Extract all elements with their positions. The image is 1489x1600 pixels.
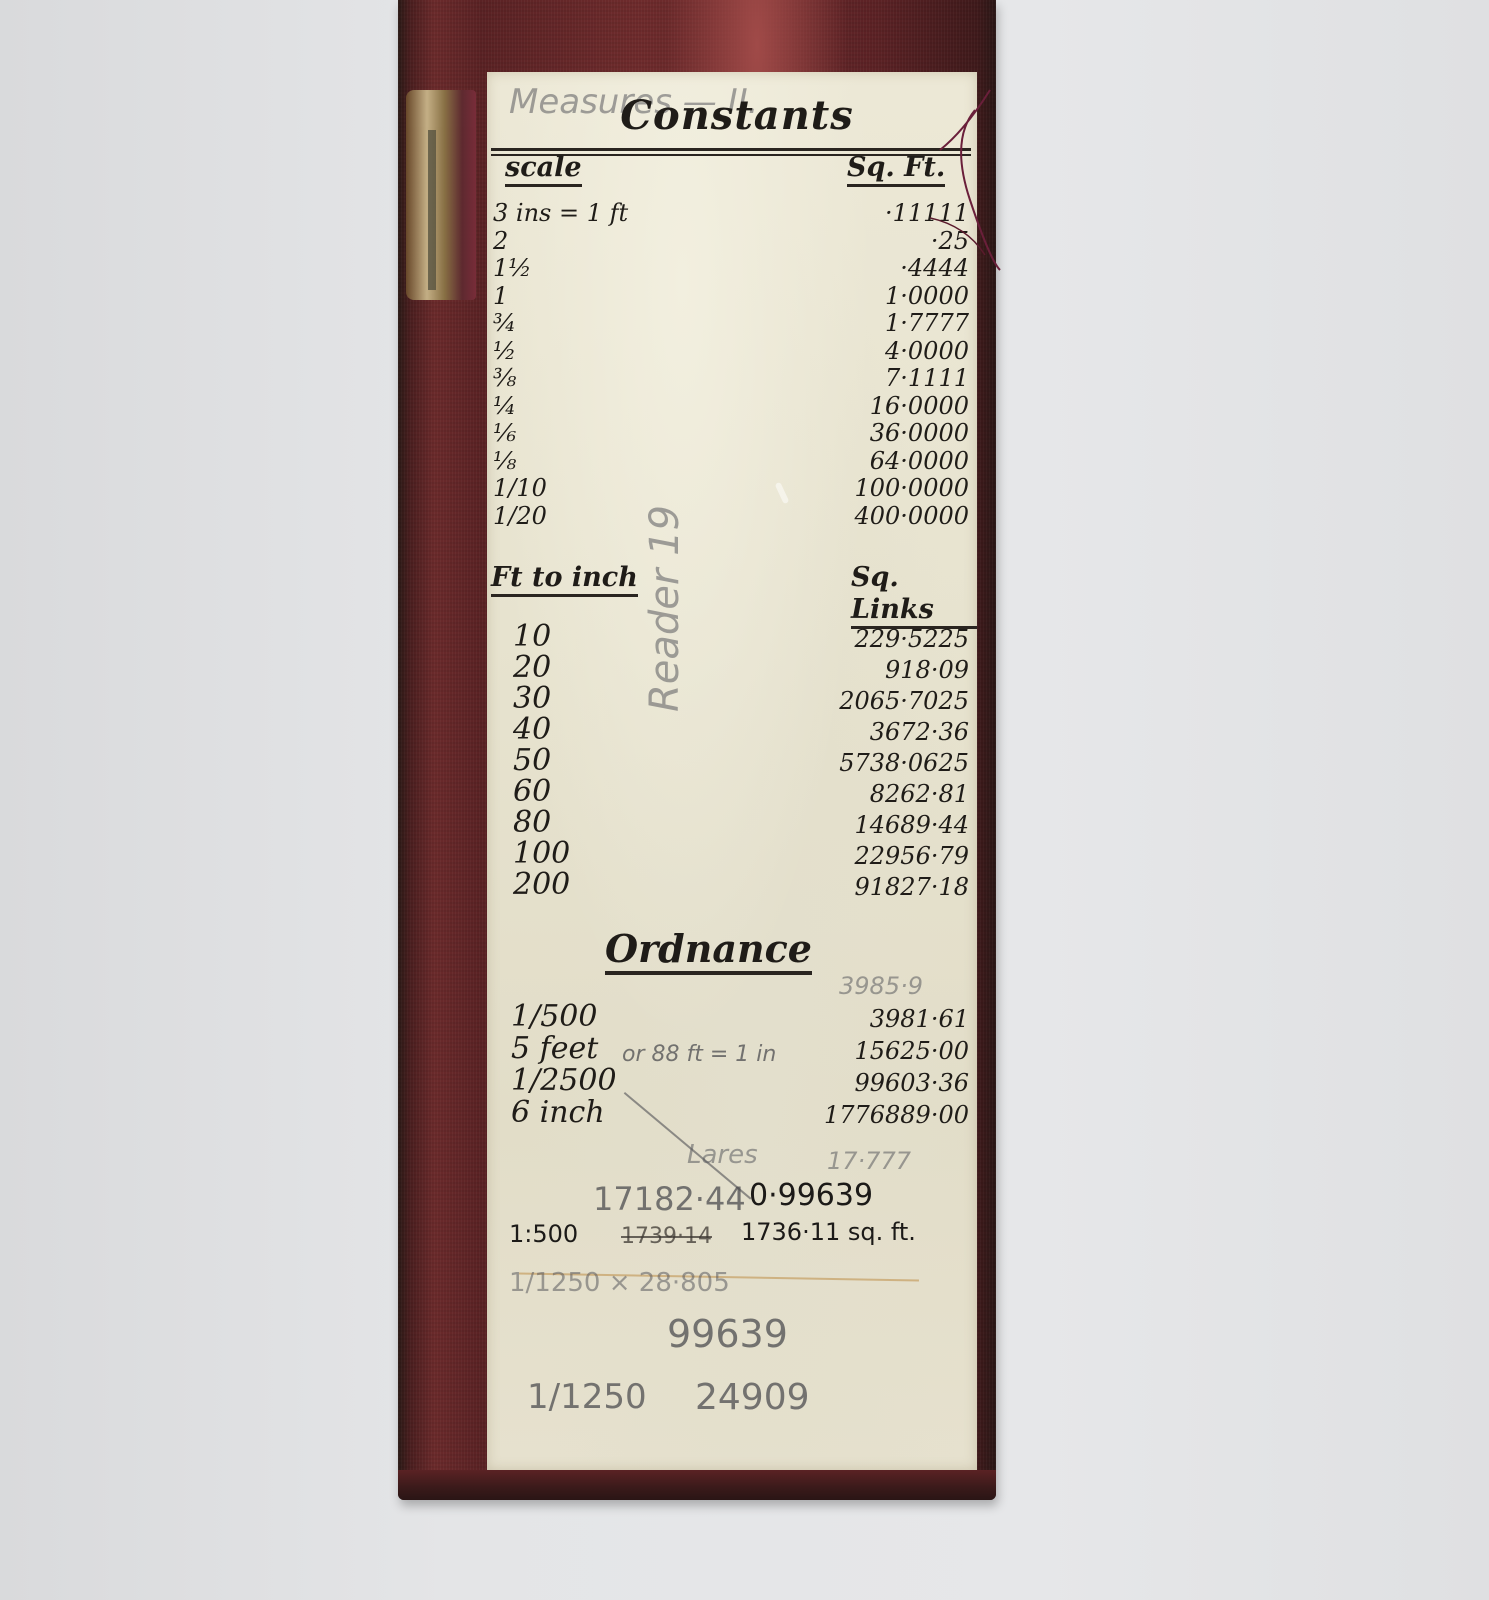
- scale-row-label: ⅛: [493, 448, 516, 474]
- ratio-value: 1736·11 sq. ft.: [741, 1218, 916, 1246]
- pencil-correction: 3985·9: [839, 972, 923, 1000]
- scale-row-value: 1·7777: [885, 310, 969, 336]
- scale-row-label: 1½: [493, 255, 532, 281]
- scale-row-label: 2: [493, 228, 508, 254]
- scale-row-label: ⅙: [493, 420, 516, 446]
- scale-row-label: ¼: [493, 393, 516, 419]
- ft-row-label: 30: [513, 686, 551, 712]
- scale-row-label: ¾: [493, 310, 516, 336]
- ft-row-label: 60: [513, 779, 551, 805]
- scale-row-value: 100·0000: [854, 475, 969, 501]
- ft-row-value: 22956·79: [854, 843, 969, 869]
- pencil-note-1: 1/1250 × 28·805: [509, 1268, 730, 1298]
- scale-row-value: 1·0000: [885, 283, 969, 309]
- ft-row-label: 20: [513, 655, 551, 681]
- ft-row-value: 918·09: [885, 657, 969, 683]
- ft-row-value: 3672·36: [870, 719, 969, 745]
- scale-row-label: ½: [493, 338, 516, 364]
- ordnance-row-value: 1776889·00: [824, 1102, 969, 1128]
- ordnance-row-label: 5 feet: [511, 1036, 598, 1062]
- ordnance-row-value: 99603·36: [854, 1070, 969, 1096]
- torn-spine-binding: [406, 90, 476, 300]
- label-title: Constants: [607, 92, 867, 139]
- scale-row-value: 64·0000: [870, 448, 969, 474]
- pencil-vertical-note: Reader 19: [642, 505, 688, 712]
- ordnance-row-value: 3981·61: [870, 1006, 969, 1032]
- book-bottom-edge: [398, 1470, 996, 1500]
- pencil-below-value: 17·777: [827, 1147, 911, 1175]
- ratio-prefix: 1:500: [509, 1220, 578, 1248]
- paper-label: Measures — II. Constants scale Sq. Ft. 3…: [487, 72, 977, 1470]
- ft-row-value: 2065·7025: [839, 688, 969, 714]
- ft-row-label: 200: [513, 872, 570, 898]
- scale-row-value: 400·0000: [854, 503, 969, 529]
- ft-to-inch-header: Ft to inch: [491, 562, 638, 597]
- ft-row-value: 5738·0625: [839, 750, 969, 776]
- scale-row-label: 1: [493, 283, 508, 309]
- scale-row-value: 7·1111: [885, 365, 969, 391]
- scale-row-value: 4·0000: [885, 338, 969, 364]
- scale-row-label: 1/10: [493, 475, 547, 501]
- ordnance-row-value: 15625·00: [854, 1038, 969, 1064]
- ft-row-label: 10: [513, 624, 551, 650]
- ft-row-label: 80: [513, 810, 551, 836]
- ordnance-row-label: 1/500: [511, 1004, 597, 1030]
- scale-row-value: 36·0000: [870, 420, 969, 446]
- scale-row-value: 16·0000: [870, 393, 969, 419]
- binding-thread: [428, 130, 436, 290]
- scale-header: scale: [505, 152, 582, 187]
- loose-thread-icon: [930, 80, 1010, 280]
- pencil-word: Lares: [687, 1140, 758, 1170]
- ft-row-value: 8262·81: [870, 781, 969, 807]
- ordnance-title: Ordnance: [605, 927, 812, 975]
- ft-row-value: 91827·18: [854, 874, 969, 900]
- ft-row-label: 40: [513, 717, 551, 743]
- ft-row-value: 14689·44: [854, 812, 969, 838]
- pencil-note-2: 99639: [667, 1312, 788, 1356]
- paper-scuff: [775, 482, 790, 504]
- pencil-calc: 17182·44: [593, 1180, 746, 1218]
- ratio-struck-value: 1739·14: [621, 1224, 712, 1249]
- scale-row-label: 1/20: [493, 503, 547, 529]
- ft-row-value: 229·5225: [854, 626, 969, 652]
- ink-calc: 0·99639: [749, 1178, 873, 1213]
- pencil-note-3-scale: 1/1250: [527, 1377, 647, 1417]
- ft-row-label: 100: [513, 841, 570, 867]
- scale-row-label: ⅜: [493, 365, 516, 391]
- ft-row-label: 50: [513, 748, 551, 774]
- sq-links-header: Sq. Links: [851, 562, 977, 629]
- pencil-note-3-value: 24909: [695, 1377, 810, 1418]
- ordnance-row-label: 1/2500: [511, 1068, 617, 1094]
- scale-row-label: 3 ins = 1 ft: [493, 200, 628, 226]
- ordnance-row-label: 6 inch: [511, 1100, 605, 1126]
- pencil-feet-note: or 88 ft = 1 in: [622, 1042, 776, 1067]
